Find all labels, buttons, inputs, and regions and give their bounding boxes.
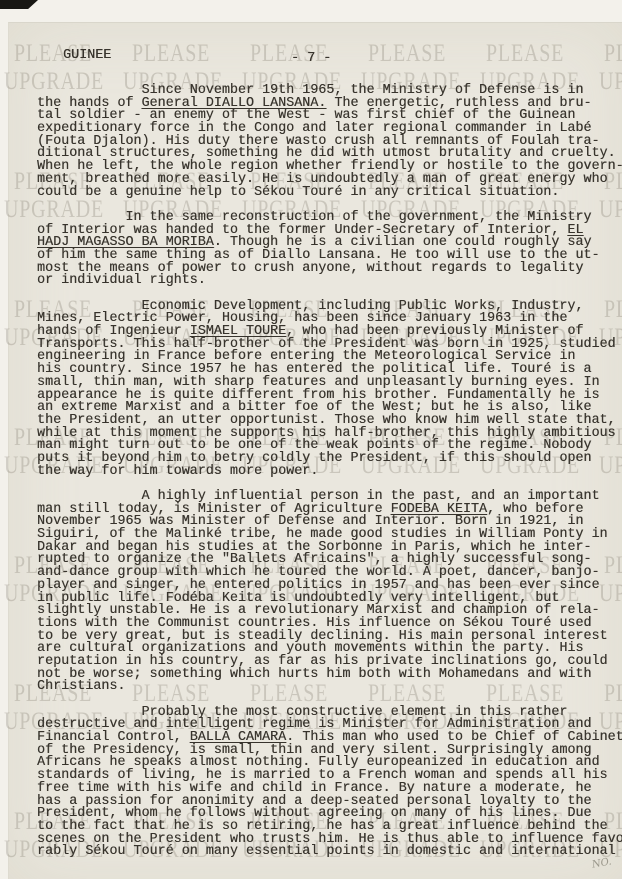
paragraph: Probably the most constructive element i… bbox=[37, 707, 622, 859]
text-line: the way for him towards more power. bbox=[37, 466, 622, 479]
paragraph: Economic Development, including Public W… bbox=[37, 301, 622, 479]
paragraph: Since November 19th 1965, the Ministry o… bbox=[37, 85, 622, 199]
text-line: Christians. bbox=[37, 681, 622, 694]
document-body: Since November 19th 1965, the Ministry o… bbox=[37, 85, 622, 872]
paragraph: In the same reconstruction of the govern… bbox=[37, 212, 622, 288]
page-header: GUINEE - 7 - bbox=[0, 48, 622, 64]
country-label: GUINEE bbox=[63, 48, 111, 63]
text-line: rably Sékou Touré on many essential poin… bbox=[37, 846, 622, 859]
scanned-document-page: PLEASEPLEASEPLEASEPLEASEPLEASEPLEASEUPGR… bbox=[0, 0, 622, 879]
text-line: or individual rights. bbox=[37, 275, 622, 288]
text-line: could be a genuine help to Sékou Touré i… bbox=[37, 187, 622, 200]
page-number: - 7 - bbox=[291, 51, 331, 66]
paragraph: A highly influential person in the past,… bbox=[37, 491, 622, 694]
